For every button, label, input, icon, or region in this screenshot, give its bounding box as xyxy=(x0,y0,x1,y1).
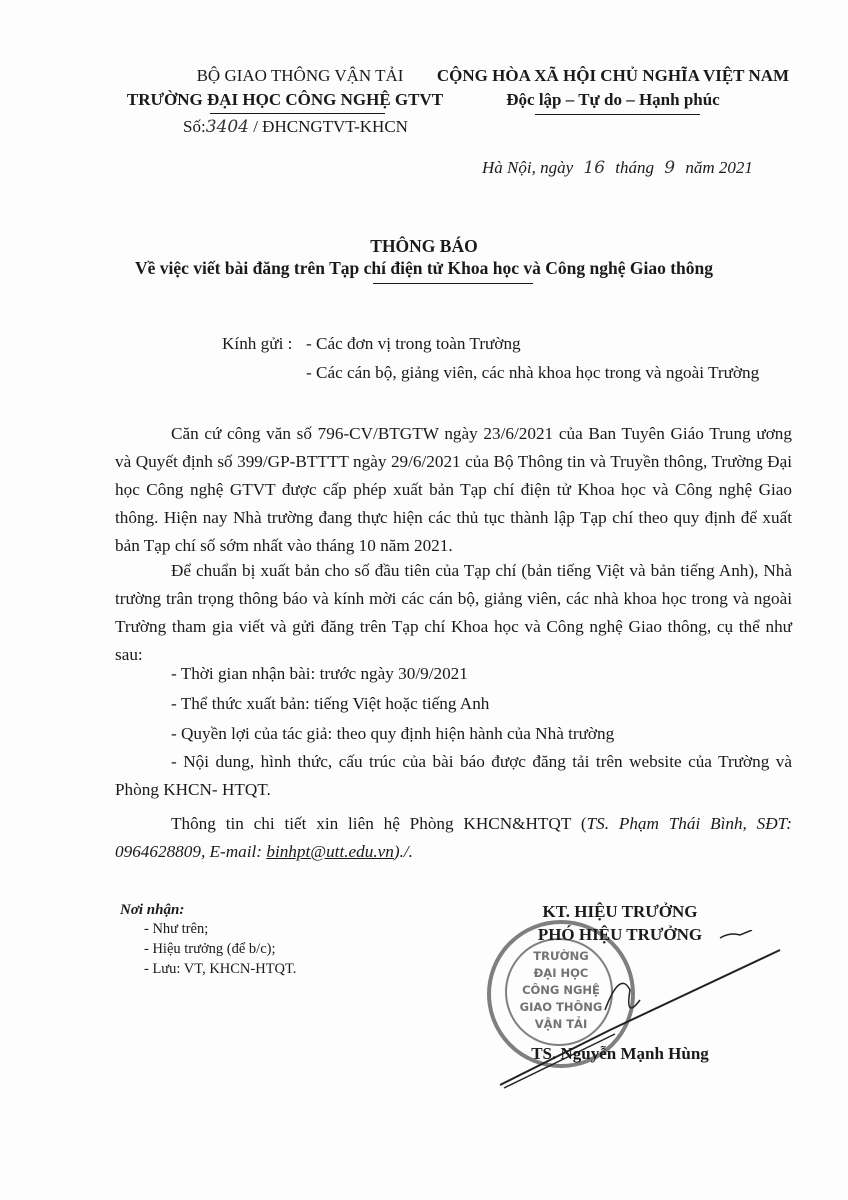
paragraph-text: Căn cứ công văn số 796-CV/BTGTW ngày 23/… xyxy=(115,424,792,555)
date-prefix: Hà Nội, ngày xyxy=(482,158,573,177)
signer-name: TS. Nguyễn Mạnh Hùng xyxy=(505,1044,735,1064)
paragraph-invitation: Để chuẩn bị xuất bản cho số đầu tiên của… xyxy=(115,557,792,669)
subtitle-underline xyxy=(373,283,533,284)
detail-text: - Nội dung, hình thức, cấu trúc của bài … xyxy=(115,752,792,799)
notice-subtitle: Về việc viết bài đăng trên Tạp chí điện … xyxy=(0,258,848,279)
number-handwritten: 3404 xyxy=(206,117,249,137)
contact-text: Thông tin chi tiết xin liên hệ Phòng KHC… xyxy=(171,814,587,833)
recipients-label: Kính gửi : xyxy=(222,330,292,358)
number-suffix: / ĐHCNGTVT-KHCN xyxy=(253,117,408,136)
school-underline xyxy=(210,113,385,114)
issue-date: Hà Nội, ngày 16 tháng 9 năm 2021 xyxy=(482,158,753,178)
detail-item: - Thời gian nhận bài: trước ngày 30/9/20… xyxy=(171,660,468,688)
recipient-item: - Các đơn vị trong toàn Trường xyxy=(306,330,521,358)
contact-closing: )./. xyxy=(394,842,413,861)
ministry-name: BỘ GIAO THÔNG VẬN TẢI xyxy=(150,66,450,86)
detail-item: - Quyền lợi của tác giả: theo quy định h… xyxy=(171,720,614,748)
motto-underline xyxy=(535,114,700,115)
contact-email-link[interactable]: binhpt@utt.edu.vn xyxy=(266,842,394,861)
school-name: TRƯỜNG ĐẠI HỌC CÔNG NGHỆ GTVT xyxy=(120,90,450,110)
detail-item: - Nội dung, hình thức, cấu trúc của bài … xyxy=(115,748,792,804)
paragraph-legal-basis: Căn cứ công văn số 796-CV/BTGTW ngày 23/… xyxy=(115,420,792,560)
date-day: 16 xyxy=(577,158,611,178)
recipient-item: - Các cán bộ, giảng viên, các nhà khoa h… xyxy=(306,359,759,387)
nation-title: CỘNG HÒA XÃ HỘI CHỦ NGHĨA VIỆT NAM xyxy=(432,66,794,86)
number-prefix: Số: xyxy=(183,117,206,136)
receivers-label: Nơi nhận: xyxy=(120,902,184,919)
paragraph-text: Để chuẩn bị xuất bản cho số đầu tiên của… xyxy=(115,561,792,664)
notice-title: THÔNG BÁO xyxy=(0,236,848,257)
detail-item: - Thể thức xuất bản: tiếng Việt hoặc tiế… xyxy=(171,690,489,718)
date-month-label: tháng xyxy=(615,158,654,177)
date-year: năm 2021 xyxy=(685,158,753,177)
date-month: 9 xyxy=(658,158,681,178)
receiver-item: - Như trên; xyxy=(144,921,208,938)
receiver-item: - Lưu: VT, KHCN-HTQT. xyxy=(144,961,296,978)
signature-title: KT. HIỆU TRƯỞNG xyxy=(505,902,735,922)
contact-paragraph: Thông tin chi tiết xin liên hệ Phòng KHC… xyxy=(115,810,792,866)
signature-stroke-icon xyxy=(490,930,790,1090)
receiver-item: - Hiệu trưởng (để b/c); xyxy=(144,941,275,958)
national-motto: Độc lập – Tự do – Hạnh phúc xyxy=(432,90,794,110)
document-number: Số:3404 / ĐHCNGTVT-KHCN xyxy=(183,117,408,137)
